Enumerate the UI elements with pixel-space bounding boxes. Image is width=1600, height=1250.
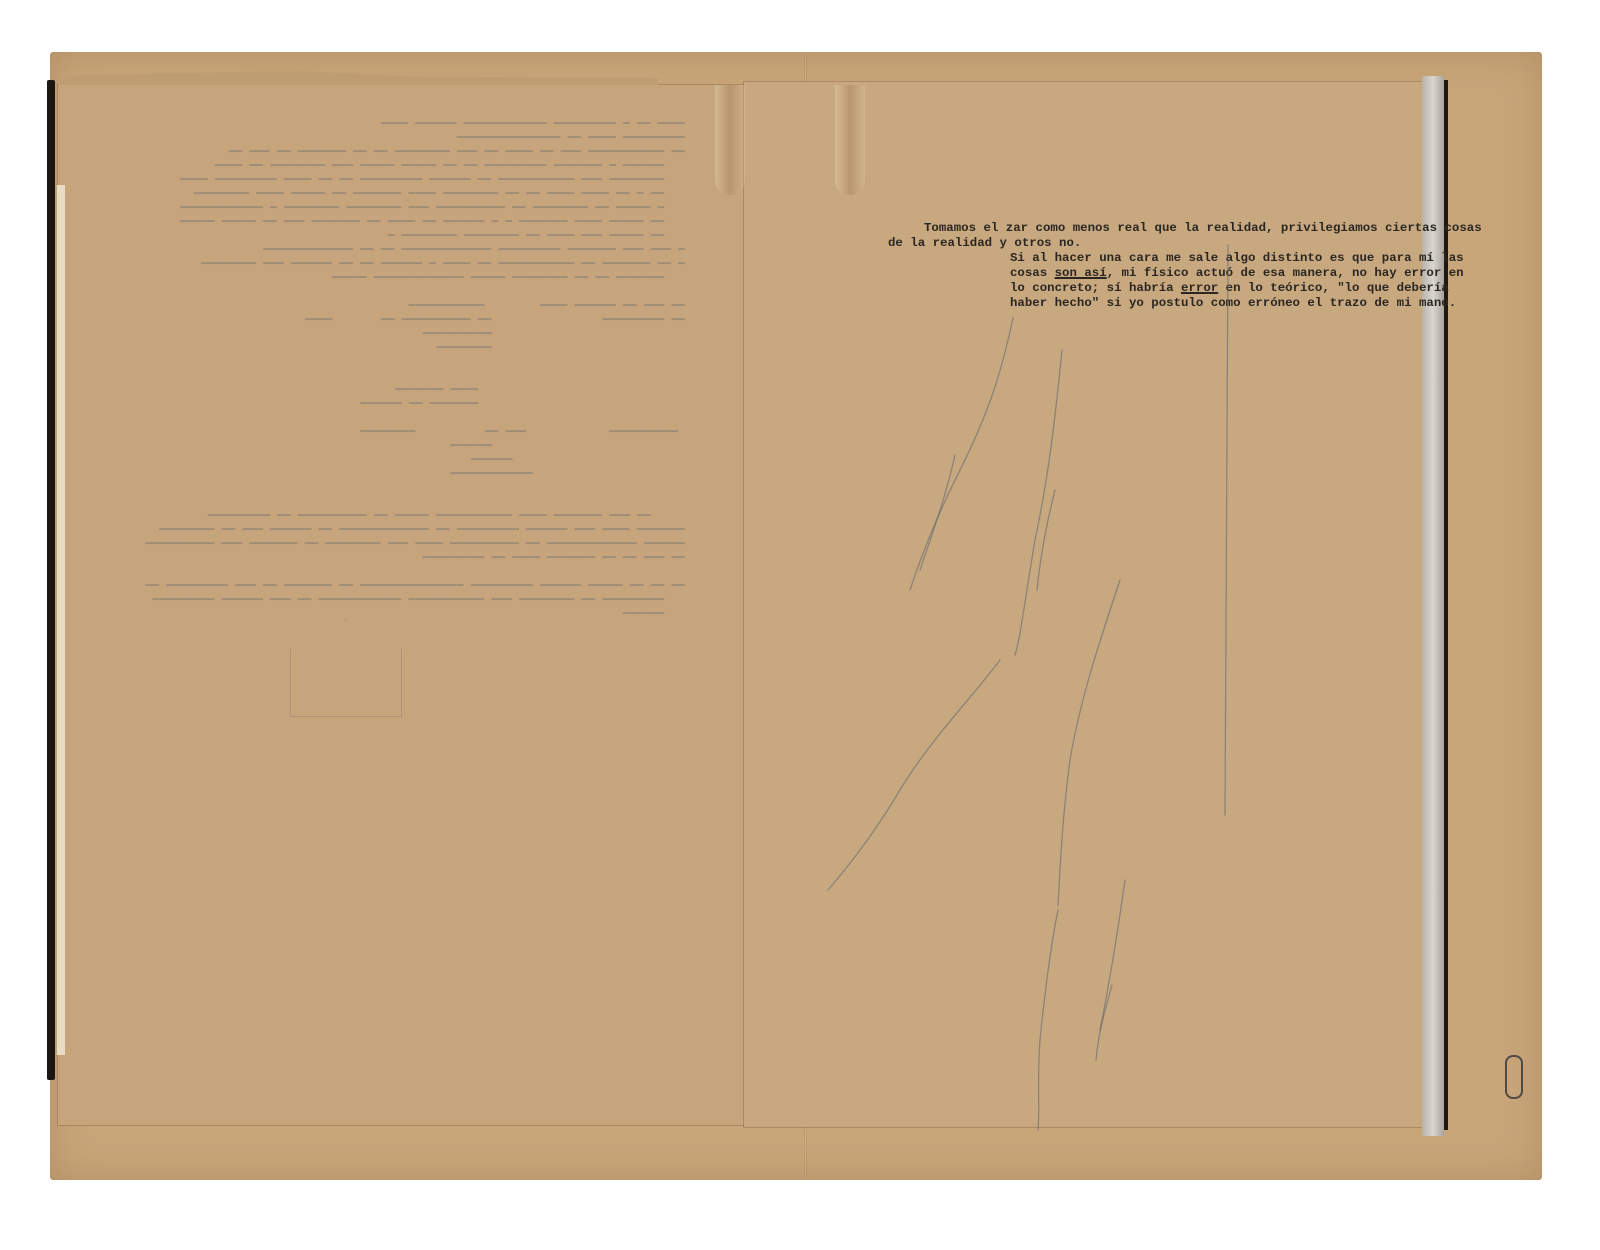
paper-crease	[835, 85, 865, 195]
paperclip-icon	[1505, 1055, 1523, 1099]
paper-crease	[715, 85, 745, 195]
typed-line: cosas son así, mi físico actuó de esa ma…	[888, 266, 1448, 281]
show-through-text: ━━━━ ━━ ━ ━━━━━━━━━ ━━━━━━━━━━━━ ━━━━━━ …	[165, 118, 685, 622]
typed-text-block: Tomamos el zar como menos real que la re…	[888, 221, 1448, 311]
typed-line: haber hecho" si yo postulo como erróneo …	[888, 296, 1448, 311]
page-stack-edge	[56, 185, 65, 1055]
typed-line: Si al hacer una cara me sale algo distin…	[888, 251, 1448, 266]
typed-line: de la realidad y otros no.	[888, 236, 1448, 251]
left-binding-edge	[47, 80, 55, 1080]
typed-line: Tomamos el zar como menos real que la re…	[888, 221, 1448, 236]
typed-line: lo concreto; sí habría error en lo teóri…	[888, 281, 1448, 296]
